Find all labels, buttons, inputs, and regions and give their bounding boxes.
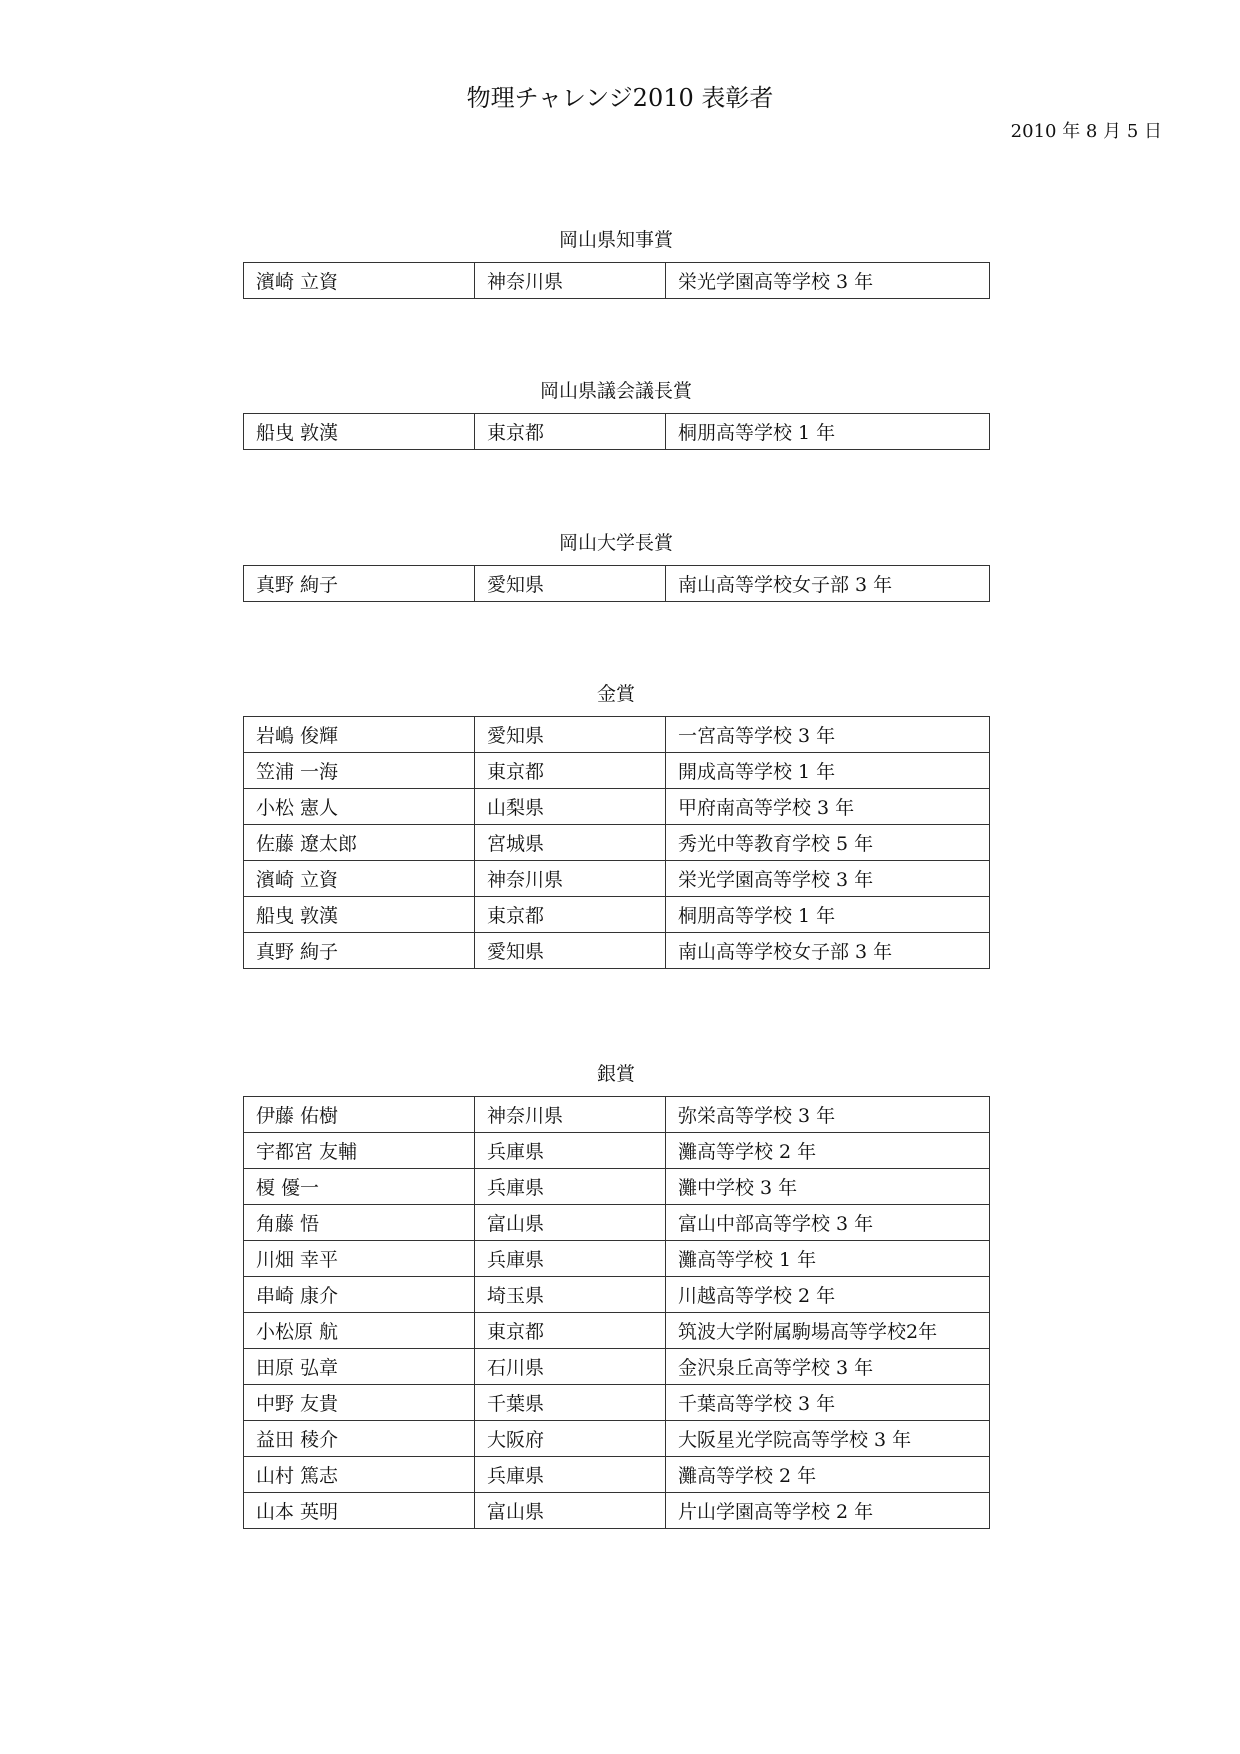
table-row: 濱崎 立資神奈川県栄光学園高等学校 3 年	[244, 263, 990, 299]
award-section: 岡山県知事賞濱崎 立資神奈川県栄光学園高等学校 3 年	[243, 231, 989, 299]
recipient-name-cell: 笠浦 一海	[244, 753, 475, 789]
school-grade-cell: 甲府南高等学校 3 年	[666, 789, 990, 825]
table-row: 船曳 敦漢東京都桐朋高等学校 1 年	[244, 414, 990, 450]
school-grade-cell: 富山中部高等学校 3 年	[666, 1205, 990, 1241]
table-row: 笠浦 一海東京都開成高等学校 1 年	[244, 753, 990, 789]
recipient-name-cell: 濱崎 立資	[244, 263, 475, 299]
document-title: 物理チャレンジ2010 表彰者	[0, 78, 1240, 113]
table-row: 船曳 敦漢東京都桐朋高等学校 1 年	[244, 897, 990, 933]
table-row: 佐藤 遼太郎宮城県秀光中等教育学校 5 年	[244, 825, 990, 861]
prefecture-cell: 東京都	[475, 414, 666, 450]
school-grade-cell: 南山高等学校女子部 3 年	[666, 933, 990, 969]
table-row: 小松原 航東京都筑波大学附属駒場高等学校2年	[244, 1313, 990, 1349]
table-row: 真野 絢子愛知県南山高等学校女子部 3 年	[244, 566, 990, 602]
recipient-name-cell: 山村 篤志	[244, 1457, 475, 1493]
table-row: 宇都宮 友輔兵庫県灘高等学校 2 年	[244, 1133, 990, 1169]
award-section-heading: 岡山大学長賞	[243, 534, 989, 553]
award-table: 岩嶋 俊輝愛知県一宮高等学校 3 年笠浦 一海東京都開成高等学校 1 年小松 憲…	[243, 716, 990, 969]
school-grade-cell: 秀光中等教育学校 5 年	[666, 825, 990, 861]
prefecture-cell: 神奈川県	[475, 861, 666, 897]
recipient-name-cell: 岩嶋 俊輝	[244, 717, 475, 753]
school-grade-cell: 灘高等学校 1 年	[666, 1241, 990, 1277]
prefecture-cell: 神奈川県	[475, 263, 666, 299]
school-grade-cell: 弥栄高等学校 3 年	[666, 1097, 990, 1133]
prefecture-cell: 千葉県	[475, 1385, 666, 1421]
school-grade-cell: 開成高等学校 1 年	[666, 753, 990, 789]
school-grade-cell: 桐朋高等学校 1 年	[666, 897, 990, 933]
recipient-name-cell: 真野 絢子	[244, 566, 475, 602]
prefecture-cell: 神奈川県	[475, 1097, 666, 1133]
recipient-name-cell: 榎 優一	[244, 1169, 475, 1205]
school-grade-cell: 灘高等学校 2 年	[666, 1457, 990, 1493]
school-grade-cell: 金沢泉丘高等学校 3 年	[666, 1349, 990, 1385]
award-section-heading: 岡山県議会議長賞	[243, 382, 989, 401]
school-grade-cell: 栄光学園高等学校 3 年	[666, 263, 990, 299]
table-row: 伊藤 佑樹神奈川県弥栄高等学校 3 年	[244, 1097, 990, 1133]
school-grade-cell: 大阪星光学院高等学校 3 年	[666, 1421, 990, 1457]
prefecture-cell: 愛知県	[475, 717, 666, 753]
recipient-name-cell: 角藤 悟	[244, 1205, 475, 1241]
prefecture-cell: 大阪府	[475, 1421, 666, 1457]
prefecture-cell: 東京都	[475, 753, 666, 789]
recipient-name-cell: 小松原 航	[244, 1313, 475, 1349]
recipient-name-cell: 山本 英明	[244, 1493, 475, 1529]
award-section-heading: 金賞	[243, 685, 989, 704]
award-section: 岡山大学長賞真野 絢子愛知県南山高等学校女子部 3 年	[243, 534, 989, 602]
school-grade-cell: 灘中学校 3 年	[666, 1169, 990, 1205]
table-row: 川畑 幸平兵庫県灘高等学校 1 年	[244, 1241, 990, 1277]
prefecture-cell: 山梨県	[475, 789, 666, 825]
prefecture-cell: 愛知県	[475, 566, 666, 602]
award-section: 銀賞伊藤 佑樹神奈川県弥栄高等学校 3 年宇都宮 友輔兵庫県灘高等学校 2 年榎…	[243, 1065, 989, 1529]
table-row: 角藤 悟富山県富山中部高等学校 3 年	[244, 1205, 990, 1241]
prefecture-cell: 埼玉県	[475, 1277, 666, 1313]
school-grade-cell: 栄光学園高等学校 3 年	[666, 861, 990, 897]
recipient-name-cell: 小松 憲人	[244, 789, 475, 825]
school-grade-cell: 桐朋高等学校 1 年	[666, 414, 990, 450]
school-grade-cell: 筑波大学附属駒場高等学校2年	[666, 1313, 990, 1349]
table-row: 濱崎 立資神奈川県栄光学園高等学校 3 年	[244, 861, 990, 897]
prefecture-cell: 宮城県	[475, 825, 666, 861]
recipient-name-cell: 串崎 康介	[244, 1277, 475, 1313]
award-section: 金賞岩嶋 俊輝愛知県一宮高等学校 3 年笠浦 一海東京都開成高等学校 1 年小松…	[243, 685, 989, 969]
prefecture-cell: 富山県	[475, 1493, 666, 1529]
award-section-heading: 銀賞	[243, 1065, 989, 1084]
table-row: 小松 憲人山梨県甲府南高等学校 3 年	[244, 789, 990, 825]
table-row: 山村 篤志兵庫県灘高等学校 2 年	[244, 1457, 990, 1493]
prefecture-cell: 富山県	[475, 1205, 666, 1241]
document-date: 2010 年 8 月 5 日	[1011, 117, 1162, 143]
prefecture-cell: 兵庫県	[475, 1133, 666, 1169]
award-table: 船曳 敦漢東京都桐朋高等学校 1 年	[243, 413, 990, 450]
table-row: 榎 優一兵庫県灘中学校 3 年	[244, 1169, 990, 1205]
recipient-name-cell: 川畑 幸平	[244, 1241, 475, 1277]
school-grade-cell: 灘高等学校 2 年	[666, 1133, 990, 1169]
table-row: 田原 弘章石川県金沢泉丘高等学校 3 年	[244, 1349, 990, 1385]
prefecture-cell: 愛知県	[475, 933, 666, 969]
recipient-name-cell: 濱崎 立資	[244, 861, 475, 897]
recipient-name-cell: 宇都宮 友輔	[244, 1133, 475, 1169]
prefecture-cell: 兵庫県	[475, 1169, 666, 1205]
recipient-name-cell: 船曳 敦漢	[244, 414, 475, 450]
school-grade-cell: 川越高等学校 2 年	[666, 1277, 990, 1313]
award-section: 岡山県議会議長賞船曳 敦漢東京都桐朋高等学校 1 年	[243, 382, 989, 450]
table-row: 串崎 康介埼玉県川越高等学校 2 年	[244, 1277, 990, 1313]
recipient-name-cell: 真野 絢子	[244, 933, 475, 969]
recipient-name-cell: 田原 弘章	[244, 1349, 475, 1385]
award-table: 濱崎 立資神奈川県栄光学園高等学校 3 年	[243, 262, 990, 299]
prefecture-cell: 東京都	[475, 897, 666, 933]
award-table: 伊藤 佑樹神奈川県弥栄高等学校 3 年宇都宮 友輔兵庫県灘高等学校 2 年榎 優…	[243, 1096, 990, 1529]
recipient-name-cell: 益田 稜介	[244, 1421, 475, 1457]
table-row: 岩嶋 俊輝愛知県一宮高等学校 3 年	[244, 717, 990, 753]
school-grade-cell: 南山高等学校女子部 3 年	[666, 566, 990, 602]
recipient-name-cell: 中野 友貴	[244, 1385, 475, 1421]
recipient-name-cell: 佐藤 遼太郎	[244, 825, 475, 861]
recipient-name-cell: 伊藤 佑樹	[244, 1097, 475, 1133]
table-row: 真野 絢子愛知県南山高等学校女子部 3 年	[244, 933, 990, 969]
table-row: 中野 友貴千葉県千葉高等学校 3 年	[244, 1385, 990, 1421]
award-table: 真野 絢子愛知県南山高等学校女子部 3 年	[243, 565, 990, 602]
school-grade-cell: 千葉高等学校 3 年	[666, 1385, 990, 1421]
school-grade-cell: 一宮高等学校 3 年	[666, 717, 990, 753]
school-grade-cell: 片山学園高等学校 2 年	[666, 1493, 990, 1529]
table-row: 益田 稜介大阪府大阪星光学院高等学校 3 年	[244, 1421, 990, 1457]
prefecture-cell: 兵庫県	[475, 1241, 666, 1277]
table-row: 山本 英明富山県片山学園高等学校 2 年	[244, 1493, 990, 1529]
award-section-heading: 岡山県知事賞	[243, 231, 989, 250]
recipient-name-cell: 船曳 敦漢	[244, 897, 475, 933]
prefecture-cell: 東京都	[475, 1313, 666, 1349]
prefecture-cell: 兵庫県	[475, 1457, 666, 1493]
prefecture-cell: 石川県	[475, 1349, 666, 1385]
